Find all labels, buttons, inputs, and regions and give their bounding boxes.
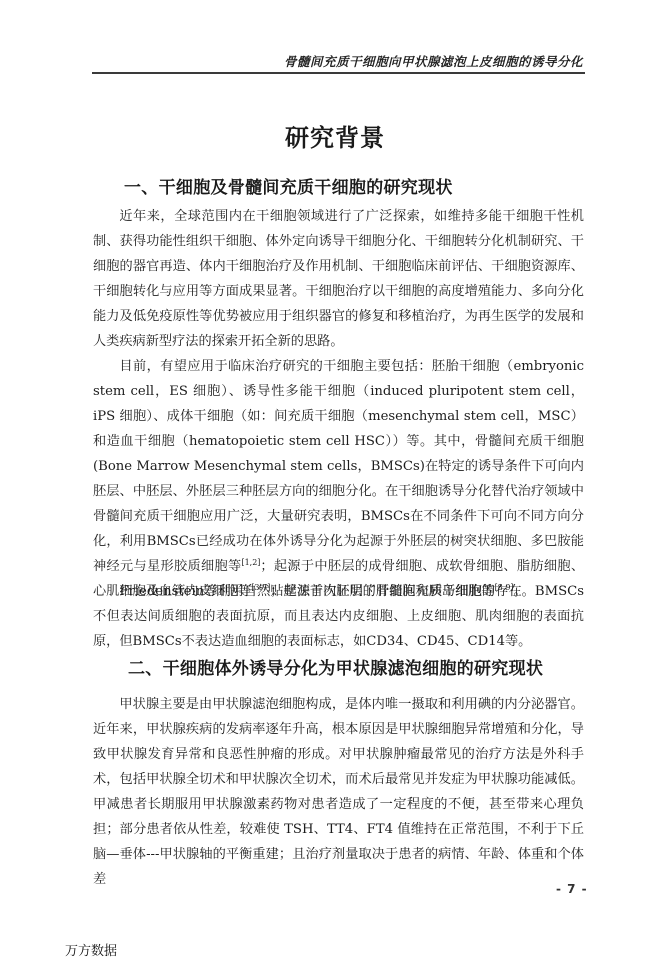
running-header: 骨髓间充质干细胞向甲状腺滤泡上皮细胞的诱导分化 xyxy=(92,52,585,74)
section-1-paragraph-2: 目前，有望应用于临床治疗研究的干细胞主要包括：胚胎干细胞（embryonic s… xyxy=(93,354,584,604)
watermark: 万方数据 xyxy=(65,940,117,959)
paragraph: 近年来，全球范围内在干细胞领域进行了广泛探索，如维持多能干细胞干性机制、获得功能… xyxy=(93,204,584,354)
page-number: - 7 - xyxy=(556,882,588,896)
running-header-title: 骨髓间充质干细胞向甲状腺滤泡上皮细胞的诱导分化 xyxy=(284,54,583,69)
section-heading-1: 一、干细胞及骨髓间充质干细胞的研究现状 xyxy=(124,176,453,200)
paragraph: Friedenstein等利用自然贴壁法首次证明了骨髓间充质干细胞的存在。BMS… xyxy=(93,579,584,654)
chapter-title: 研究背景 xyxy=(0,122,670,154)
citation-ref: [1,2] xyxy=(241,558,260,567)
paragraph-text: 近年来，全球范围内在干细胞领域进行了广泛探索，如维持多能干细胞干性机制、获得功能… xyxy=(93,209,584,349)
paragraph-text: 甲状腺主要是由甲状腺滤泡细胞构成，是体内唯一摄取和利用碘的内分泌器官。近年来，甲… xyxy=(93,697,584,887)
paragraph-text: Friedenstein等利用自然贴壁法首次证明了骨髓间充质干细胞的存在。BMS… xyxy=(93,584,584,649)
section-1-paragraph-1: 近年来，全球范围内在干细胞领域进行了广泛探索，如维持多能干细胞干性机制、获得功能… xyxy=(93,204,584,354)
paragraph: 目前，有望应用于临床治疗研究的干细胞主要包括：胚胎干细胞（embryonic s… xyxy=(93,354,584,604)
section-heading-2: 二、干细胞体外诱导分化为甲状腺滤泡细胞的研究现状 xyxy=(128,657,543,681)
section-2-paragraph-1: 甲状腺主要是由甲状腺滤泡细胞构成，是体内唯一摄取和利用碘的内分泌器官。近年来，甲… xyxy=(93,692,584,892)
paragraph: 甲状腺主要是由甲状腺滤泡细胞构成，是体内唯一摄取和利用碘的内分泌器官。近年来，甲… xyxy=(93,692,584,892)
paragraph-text: 目前，有望应用于临床治疗研究的干细胞主要包括：胚胎干细胞（embryonic s… xyxy=(93,359,584,574)
section-1-paragraph-3: Friedenstein等利用自然贴壁法首次证明了骨髓间充质干细胞的存在。BMS… xyxy=(93,579,584,654)
